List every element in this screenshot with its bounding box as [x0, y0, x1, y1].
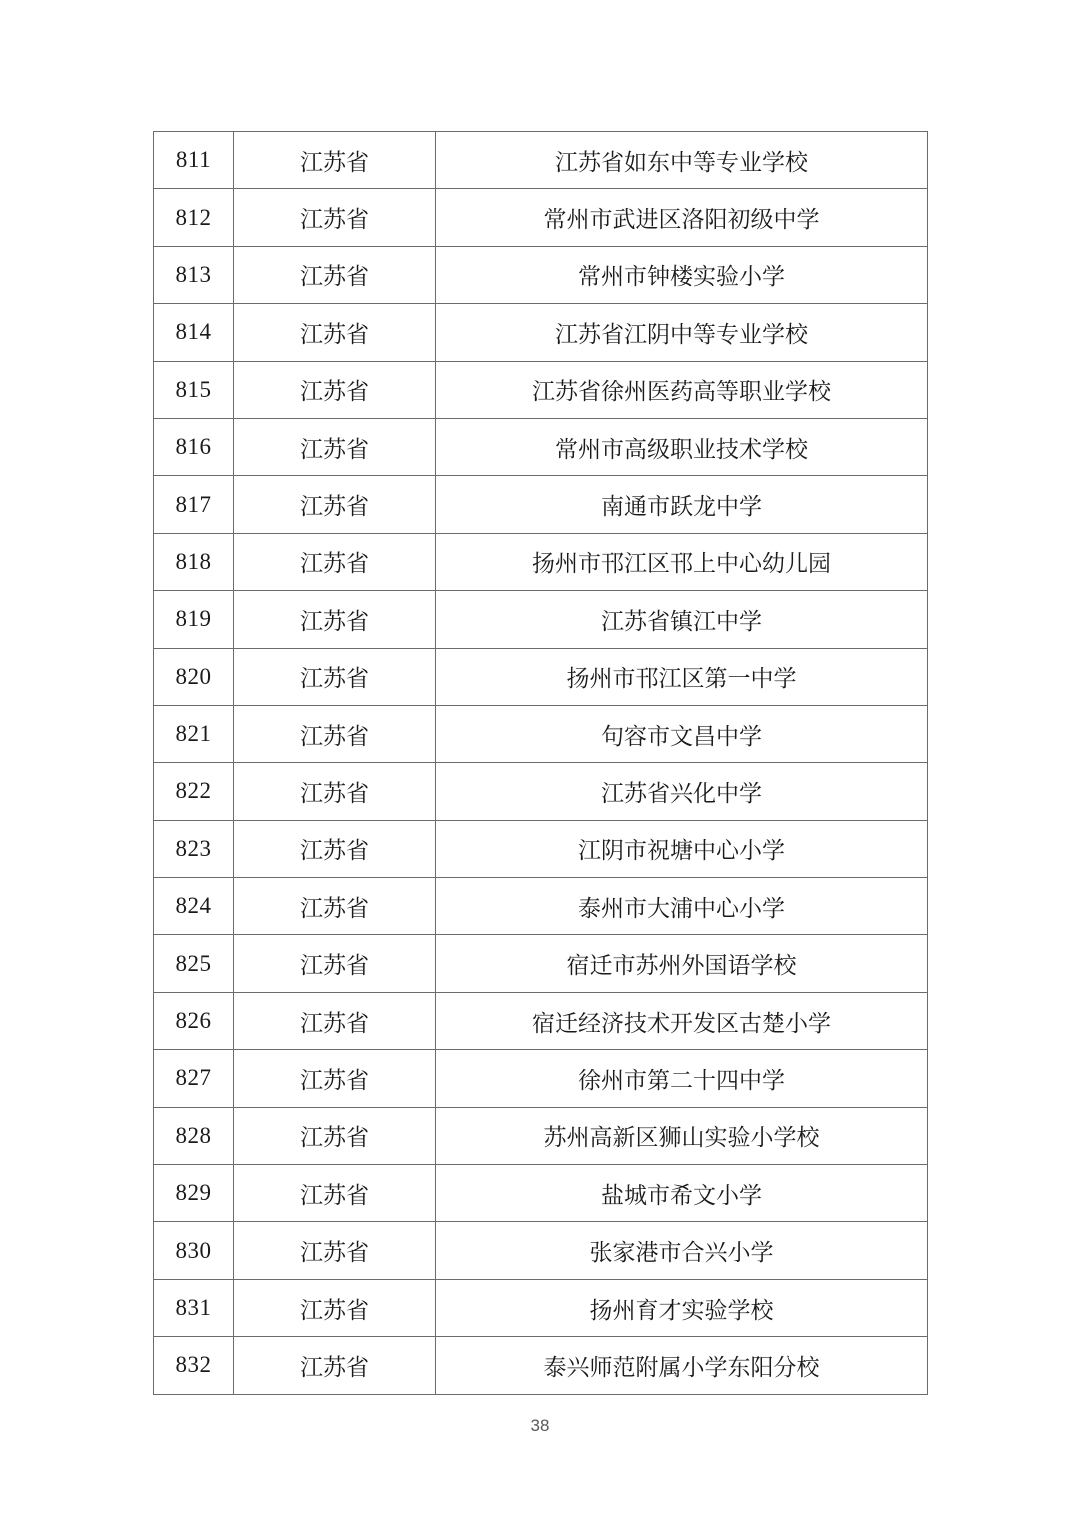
school-name-cell: 泰兴师范附属小学东阳分校 [436, 1337, 928, 1394]
row-number-cell: 819 [154, 591, 234, 648]
row-number-cell: 830 [154, 1222, 234, 1279]
table-row: 828 江苏省 苏州高新区狮山实验小学校 [154, 1107, 928, 1164]
row-number-cell: 822 [154, 763, 234, 820]
table-row: 816 江苏省 常州市高级职业技术学校 [154, 418, 928, 475]
row-number-cell: 814 [154, 304, 234, 361]
province-cell: 江苏省 [234, 705, 436, 762]
table-row: 823 江苏省 江阴市祝塘中心小学 [154, 820, 928, 877]
school-name-cell: 泰州市大浦中心小学 [436, 878, 928, 935]
school-table: 811 江苏省 江苏省如东中等专业学校 812 江苏省 常州市武进区洛阳初级中学… [153, 131, 928, 1395]
table-row: 829 江苏省 盐城市希文小学 [154, 1165, 928, 1222]
school-name-cell: 常州市武进区洛阳初级中学 [436, 189, 928, 246]
school-name-cell: 江苏省镇江中学 [436, 591, 928, 648]
school-name-cell: 江苏省江阴中等专业学校 [436, 304, 928, 361]
table-row: 826 江苏省 宿迁经济技术开发区古楚小学 [154, 992, 928, 1049]
province-cell: 江苏省 [234, 1165, 436, 1222]
province-cell: 江苏省 [234, 361, 436, 418]
row-number-cell: 820 [154, 648, 234, 705]
school-name-cell: 盐城市希文小学 [436, 1165, 928, 1222]
province-cell: 江苏省 [234, 935, 436, 992]
table-row: 819 江苏省 江苏省镇江中学 [154, 591, 928, 648]
school-name-cell: 扬州市邗江区第一中学 [436, 648, 928, 705]
province-cell: 江苏省 [234, 533, 436, 590]
school-name-cell: 宿迁市苏州外国语学校 [436, 935, 928, 992]
row-number-cell: 827 [154, 1050, 234, 1107]
table-row: 812 江苏省 常州市武进区洛阳初级中学 [154, 189, 928, 246]
table-row: 817 江苏省 南通市跃龙中学 [154, 476, 928, 533]
table-row: 815 江苏省 江苏省徐州医药高等职业学校 [154, 361, 928, 418]
table-row: 818 江苏省 扬州市邗江区邗上中心幼儿园 [154, 533, 928, 590]
province-cell: 江苏省 [234, 1337, 436, 1394]
row-number-cell: 828 [154, 1107, 234, 1164]
school-name-cell: 南通市跃龙中学 [436, 476, 928, 533]
school-name-cell: 扬州育才实验学校 [436, 1279, 928, 1336]
province-cell: 江苏省 [234, 476, 436, 533]
school-name-cell: 常州市高级职业技术学校 [436, 418, 928, 475]
row-number-cell: 818 [154, 533, 234, 590]
row-number-cell: 831 [154, 1279, 234, 1336]
province-cell: 江苏省 [234, 591, 436, 648]
province-cell: 江苏省 [234, 132, 436, 189]
row-number-cell: 826 [154, 992, 234, 1049]
province-cell: 江苏省 [234, 1222, 436, 1279]
province-cell: 江苏省 [234, 1050, 436, 1107]
table-row: 813 江苏省 常州市钟楼实验小学 [154, 246, 928, 303]
province-cell: 江苏省 [234, 189, 436, 246]
school-name-cell: 徐州市第二十四中学 [436, 1050, 928, 1107]
school-name-cell: 江苏省兴化中学 [436, 763, 928, 820]
province-cell: 江苏省 [234, 763, 436, 820]
row-number-cell: 821 [154, 705, 234, 762]
row-number-cell: 829 [154, 1165, 234, 1222]
row-number-cell: 815 [154, 361, 234, 418]
table-row: 832 江苏省 泰兴师范附属小学东阳分校 [154, 1337, 928, 1394]
province-cell: 江苏省 [234, 1107, 436, 1164]
row-number-cell: 812 [154, 189, 234, 246]
province-cell: 江苏省 [234, 820, 436, 877]
row-number-cell: 825 [154, 935, 234, 992]
row-number-cell: 832 [154, 1337, 234, 1394]
table-row: 830 江苏省 张家港市合兴小学 [154, 1222, 928, 1279]
table-row: 825 江苏省 宿迁市苏州外国语学校 [154, 935, 928, 992]
table-row: 822 江苏省 江苏省兴化中学 [154, 763, 928, 820]
document-page: 811 江苏省 江苏省如东中等专业学校 812 江苏省 常州市武进区洛阳初级中学… [0, 0, 1080, 1527]
row-number-cell: 824 [154, 878, 234, 935]
province-cell: 江苏省 [234, 1279, 436, 1336]
table-row: 811 江苏省 江苏省如东中等专业学校 [154, 132, 928, 189]
school-name-cell: 江苏省徐州医药高等职业学校 [436, 361, 928, 418]
province-cell: 江苏省 [234, 648, 436, 705]
province-cell: 江苏省 [234, 246, 436, 303]
table-row: 814 江苏省 江苏省江阴中等专业学校 [154, 304, 928, 361]
table-row: 824 江苏省 泰州市大浦中心小学 [154, 878, 928, 935]
school-name-cell: 江苏省如东中等专业学校 [436, 132, 928, 189]
province-cell: 江苏省 [234, 992, 436, 1049]
school-name-cell: 苏州高新区狮山实验小学校 [436, 1107, 928, 1164]
school-name-cell: 宿迁经济技术开发区古楚小学 [436, 992, 928, 1049]
table-row: 820 江苏省 扬州市邗江区第一中学 [154, 648, 928, 705]
school-name-cell: 张家港市合兴小学 [436, 1222, 928, 1279]
school-name-cell: 江阴市祝塘中心小学 [436, 820, 928, 877]
table-row: 827 江苏省 徐州市第二十四中学 [154, 1050, 928, 1107]
table-row: 831 江苏省 扬州育才实验学校 [154, 1279, 928, 1336]
province-cell: 江苏省 [234, 418, 436, 475]
row-number-cell: 813 [154, 246, 234, 303]
school-name-cell: 扬州市邗江区邗上中心幼儿园 [436, 533, 928, 590]
province-cell: 江苏省 [234, 304, 436, 361]
school-name-cell: 常州市钟楼实验小学 [436, 246, 928, 303]
school-table-body: 811 江苏省 江苏省如东中等专业学校 812 江苏省 常州市武进区洛阳初级中学… [154, 132, 928, 1395]
row-number-cell: 823 [154, 820, 234, 877]
table-row: 821 江苏省 句容市文昌中学 [154, 705, 928, 762]
row-number-cell: 811 [154, 132, 234, 189]
row-number-cell: 816 [154, 418, 234, 475]
school-name-cell: 句容市文昌中学 [436, 705, 928, 762]
province-cell: 江苏省 [234, 878, 436, 935]
row-number-cell: 817 [154, 476, 234, 533]
page-number: 38 [0, 1416, 1080, 1436]
